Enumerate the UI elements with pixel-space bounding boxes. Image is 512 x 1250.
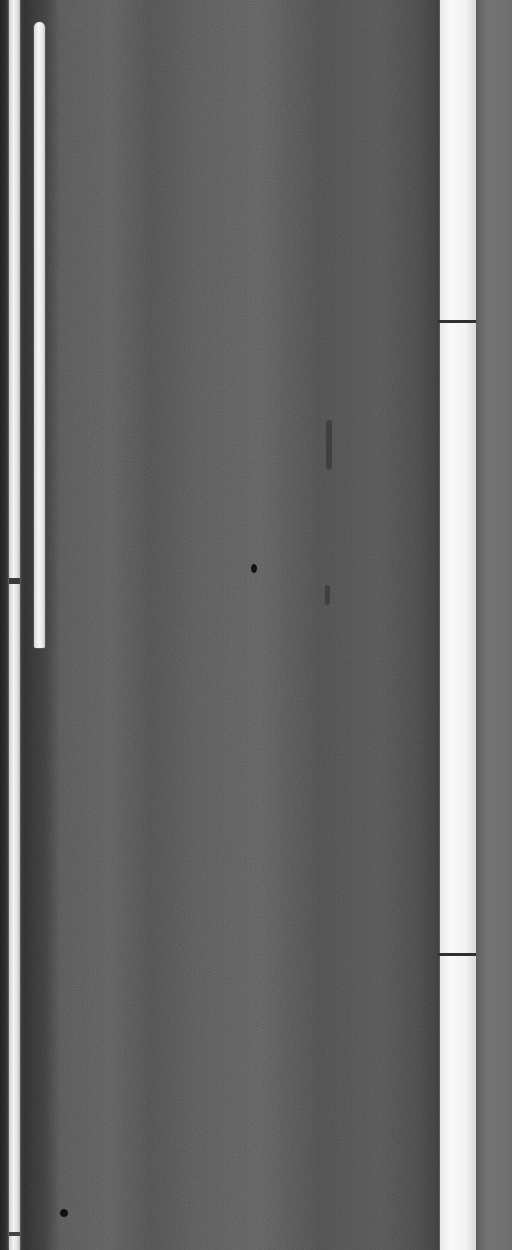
right-edge-solid-line <box>440 0 476 1250</box>
marking-gap <box>9 578 20 584</box>
left-inner-dashed-line <box>34 22 45 648</box>
pothole-spot <box>251 564 257 573</box>
oil-stain <box>326 420 332 470</box>
marking-gap <box>9 1232 20 1236</box>
asphalt-texture <box>0 0 512 1250</box>
road-scene: Overhead grayscale view of asphalt road … <box>0 0 512 1250</box>
pavement-seam <box>438 320 476 323</box>
pothole-spot <box>60 1209 68 1217</box>
pavement-seam <box>438 953 476 956</box>
left-edge-solid-line <box>9 0 20 1250</box>
road-shoulder <box>476 0 512 1250</box>
oil-stain <box>325 585 330 605</box>
